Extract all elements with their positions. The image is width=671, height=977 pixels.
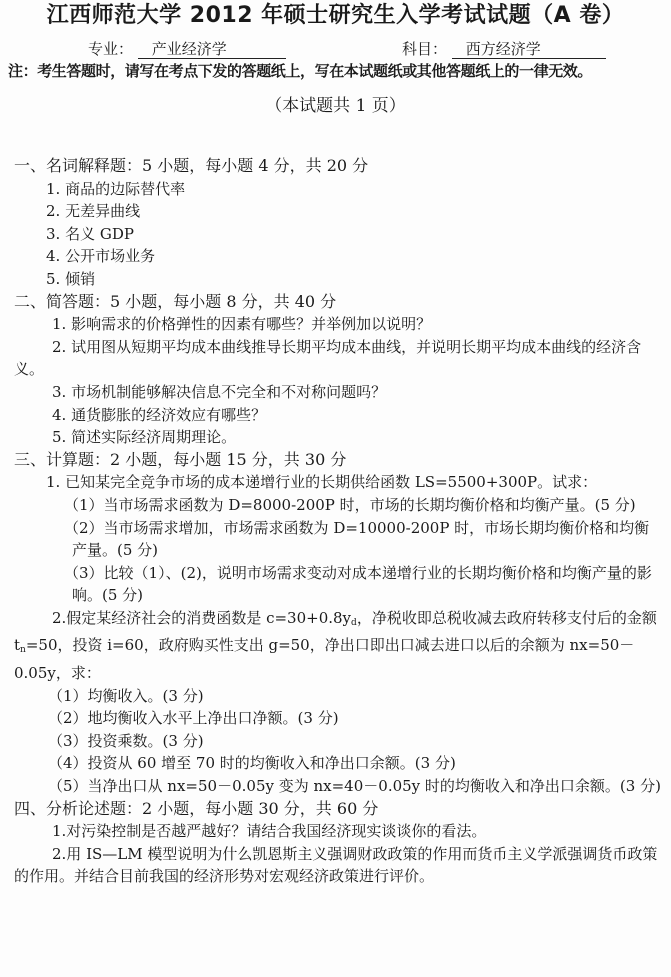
exam-meta-row: 专业： 产业经济学 科目： 西方经济学 (0, 38, 671, 60)
calc-question-2-part-4: （4）投资从 60 增至 70 时的均衡收入和净出口余额。(3 分) (14, 752, 662, 775)
calc-question-1-part-3: （3）比较（1）、(2)，说明市场需求变动对成本递增行业的长期均衡价格和均衡产量… (14, 562, 662, 607)
section-heading-calculation: 三、计算题：2 小题，每小题 15 分，共 30 分 (14, 449, 662, 472)
calc-question-2-part-1: （1）均衡收入。(3 分) (14, 685, 662, 708)
essay-question-1: 1.对污染控制是否越严越好？请结合我国经济现实谈谈你的看法。 (14, 820, 662, 843)
question-item: 2. 无差异曲线 (14, 200, 662, 223)
subject-field: 科目： 西方经济学 (402, 38, 606, 60)
exam-content: 一、名词解释题：5 小题，每小题 4 分，共 20 分 1. 商品的边际替代率 … (14, 155, 662, 888)
calc-question-2-part-3: （3）投资乘数。(3 分) (14, 730, 662, 753)
question-item: 3. 市场机制能够解决信息不完全和不对称问题吗？ (14, 381, 662, 404)
calc-question-2-stem: 2.假定某经济社会的消费函数是 c=30+0.8yd，净税收即总税收减去政府转移… (14, 607, 662, 685)
question-item: 2. 试用图从短期平均成本曲线推导长期平均成本曲线，并说明长期平均成本曲线的经济… (14, 336, 662, 381)
major-label: 专业： (88, 40, 133, 58)
major-value: 产业经济学 (138, 40, 286, 59)
question-item: 3. 名义 GDP (14, 223, 662, 246)
question-item: 1. 影响需求的价格弹性的因素有哪些？并举例加以说明？ (14, 313, 662, 336)
exam-title: 江西师范大学 2012 年硕士研究生入学考试试题（A 卷） (0, 2, 671, 30)
question-item: 4. 通货膨胀的经济效应有哪些？ (14, 404, 662, 427)
stem-part-c: =50，投资 i=60，政府购买性支出 g=50，净出口即出口减去进口以后的余额… (14, 636, 634, 682)
stem-part-a: 2.假定某经济社会的消费函数是 c=30+0.8y (52, 609, 351, 627)
question-item: 1. 商品的边际替代率 (14, 178, 662, 201)
essay-question-2: 2.用 IS—LM 模型说明为什么凯恩斯主义强调财政政策的作用而货币主义学派强调… (14, 843, 662, 888)
calc-question-2-part-5: （5）当净出口从 nx=50－0.05y 变为 nx=40－0.05y 时的均衡… (14, 775, 662, 798)
question-item: 4. 公开市场业务 (14, 245, 662, 268)
calc-question-1-part-1: （1）当市场需求函数为 D=8000-200P 时，市场的长期均衡价格和均衡产量… (14, 494, 662, 517)
calc-question-2-part-2: （2）地均衡收入水平上净出口净额。(3 分) (14, 707, 662, 730)
page-count-note: （本试题共 1 页） (0, 94, 671, 118)
calc-question-1-part-2: （2）当市场需求增加，市场需求函数为 D=10000-200P 时，市场长期均衡… (14, 517, 662, 562)
section-heading-essay: 四、分析论述题：2 小题，每小题 30 分，共 60 分 (14, 798, 662, 821)
major-field: 专业： 产业经济学 (88, 38, 286, 60)
calc-question-1-stem: 1. 已知某完全竞争市场的成本递增行业的长期供给函数 LS=5500+300P。… (14, 471, 662, 494)
subject-value: 西方经济学 (452, 40, 606, 59)
section-heading-short-answer: 二、简答题：5 小题，每小题 8 分，共 40 分 (14, 291, 662, 314)
exam-instructions-note: 注：考生答题时，请写在考点下发的答题纸上，写在本试题纸或其他答题纸上的一律无效。 (8, 60, 592, 82)
section-heading-definitions: 一、名词解释题：5 小题，每小题 4 分，共 20 分 (14, 155, 662, 178)
question-item: 5. 倾销 (14, 268, 662, 291)
subject-label: 科目： (402, 40, 447, 58)
question-item: 5. 简述实际经济周期理论。 (14, 426, 662, 449)
exam-page: 江西师范大学 2012 年硕士研究生入学考试试题（A 卷） 专业： 产业经济学 … (0, 0, 671, 977)
